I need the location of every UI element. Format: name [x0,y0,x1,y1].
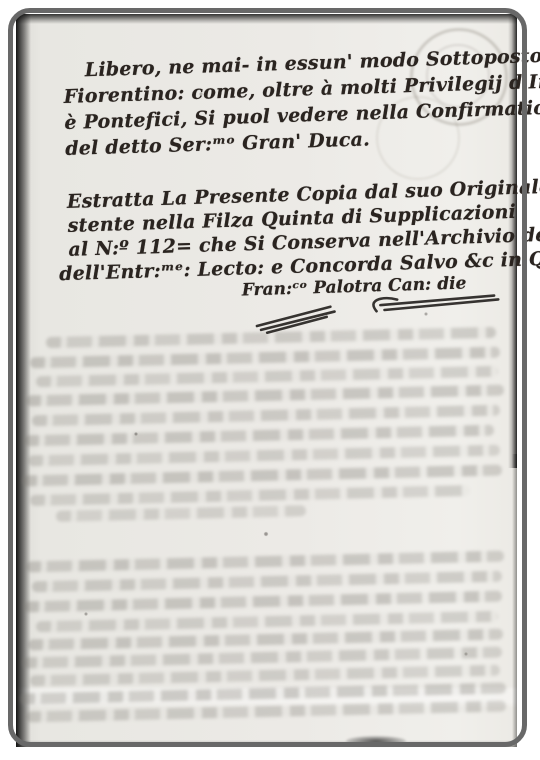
paragraph-privileges: Libero, ne mai- in essun' modo Sottopost… [62,39,540,162]
scanned-document-page: Libero, ne mai- in essun' modo Sottopost… [0,0,540,760]
bleedthrough-line [30,485,470,506]
signature-flourish-icon [248,288,509,336]
bleedthrough-line [36,366,498,387]
bleedthrough-line [28,629,503,651]
bleedthrough-line [28,445,500,467]
bleedthrough-line [24,591,502,613]
bleedthrough-line [20,682,506,704]
paragraph-extraction-note: Estratta La Presente Copia dal suo Origi… [67,172,540,286]
page-top-edge-shadow [16,14,517,24]
bleedthrough-line [26,385,504,407]
bleedthrough-line [24,425,494,447]
bleedthrough-line [26,551,504,573]
bleedthrough-line [30,665,500,687]
bleedthrough-line [22,647,502,669]
bleedthrough-line [36,611,498,632]
bleedthrough-line [30,347,500,369]
ink-smudge [346,736,406,746]
page-left-edge-shadow [16,14,31,747]
bleedthrough-line [32,405,500,427]
bleedthrough-line [32,571,502,593]
bleedthrough-line [22,465,502,487]
bleedthrough-line [26,701,506,723]
manuscript-paper: Libero, ne mai- in essun' modo Sottopost… [16,14,517,747]
page-bottom-edge-shadow [16,740,517,747]
page-right-lower-edge-shadow [512,454,517,747]
handwritten-text: Libero, ne mai- in essun' modo Sottopost… [62,29,536,44]
bleedthrough-line [56,505,306,522]
